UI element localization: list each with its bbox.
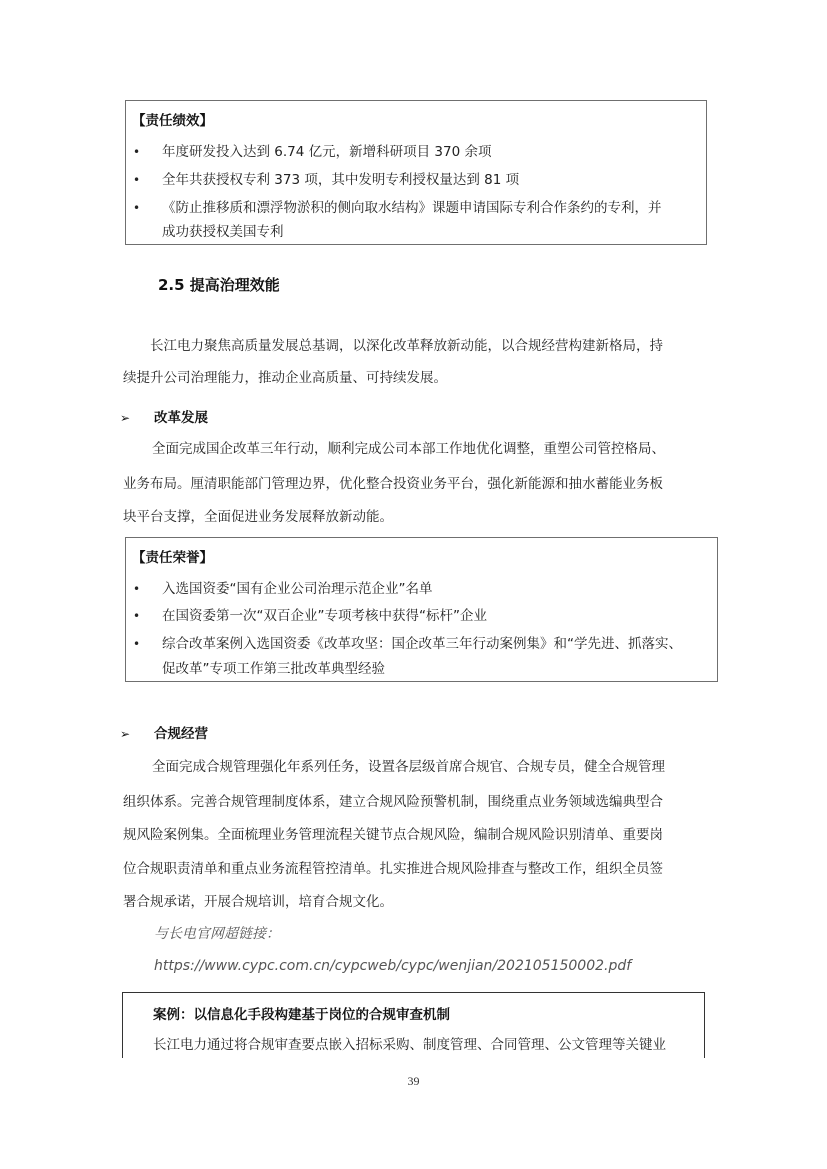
responsibility-honors-box: 【责任荣誉】 • 入选国资委“国有企业公司治理示范企业”名单 • 在国资委第一次…: [125, 537, 718, 682]
bullet-icon: •: [133, 574, 140, 604]
list-item-continuation: 促改革”专项工作第三批改革典型经验: [126, 656, 717, 682]
reform-subheading: ➢改革发展: [120, 406, 208, 426]
responsibility-performance-box: 【责任绩效】 • 年度研发投入达到 6.74 亿元，新增科研项目 370 余项 …: [125, 100, 707, 245]
compliance-paragraph-line: 位合规职责清单和重点业务流程管控清单。扎实推进合规风险排查与整改工作，组织全员签: [123, 857, 663, 877]
reform-paragraph-line: 块平台支撑，全面促进业务发展释放新动能。: [123, 505, 393, 525]
bullet-icon: •: [133, 137, 140, 167]
case-box: 案例：以信息化手段构建基于岗位的合规审查机制 长江电力通过将合规审查要点嵌入招标…: [122, 992, 705, 1058]
case-text: 长江电力通过将合规审查要点嵌入招标采购、制度管理、合同管理、公文管理等关键业: [153, 1033, 666, 1053]
list-item: • 综合改革案例入选国资委《改革攻坚：国企改革三年行动案例集》和“学先进、抓落实…: [126, 629, 717, 659]
compliance-subheading: ➢合规经营: [120, 722, 208, 742]
page-number: 39: [0, 1074, 827, 1089]
case-title: 案例：以信息化手段构建基于岗位的合规审查机制: [153, 1003, 450, 1023]
compliance-paragraph-line: 组织体系。完善合规管理制度体系，建立合规风险预警机制，围绕重点业务领域选编典型合: [123, 790, 663, 810]
website-link-url[interactable]: https://www.cypc.com.cn/cypcweb/cypc/wen…: [154, 958, 631, 974]
arrow-bullet-icon: ➢: [120, 727, 154, 741]
section-heading: 2.5 提高治理效能: [158, 274, 280, 295]
intro-paragraph-line: 续提升公司治理能力，推动企业高质量、可持续发展。: [123, 366, 447, 386]
list-item: • 在国资委第一次“双百企业”专项考核中获得“标杆”企业: [126, 601, 717, 631]
reform-paragraph-line: 业务布局。厘清职能部门管理边界，优化整合投资业务平台，强化新能源和抽水蓄能业务板: [123, 472, 663, 492]
list-item: • 年度研发投入达到 6.74 亿元，新增科研项目 370 余项: [126, 137, 706, 167]
list-item: • 入选国资委“国有企业公司治理示范企业”名单: [126, 574, 717, 604]
reform-paragraph-line: 全面完成国企改革三年行动，顺利完成公司本部工作地优化调整，重塑公司管控格局、: [152, 437, 665, 457]
box-title: 【责任荣誉】: [132, 546, 213, 566]
intro-paragraph-line: 长江电力聚焦高质量发展总基调，以深化改革释放新动能，以合规经营构建新格局，持: [150, 334, 663, 354]
bullet-icon: •: [133, 601, 140, 631]
bullet-icon: •: [133, 629, 140, 659]
arrow-bullet-icon: ➢: [120, 411, 154, 425]
compliance-paragraph-line: 规风险案例集。全面梳理业务管理流程关键节点合规风险，编制合规风险识别清单、重要岗: [123, 823, 663, 843]
website-link-label: 与长电官网超链接：: [154, 923, 280, 943]
list-item-continuation: 成功获授权美国专利: [126, 219, 706, 245]
compliance-paragraph-line: 全面完成合规管理强化年系列任务，设置各层级首席合规官、合规专员，健全合规管理: [152, 755, 665, 775]
list-item: • 全年共获授权专利 373 项，其中发明专利授权量达到 81 项: [126, 165, 706, 195]
compliance-paragraph-line: 署合规承诺，开展合规培训，培育合规文化。: [123, 890, 393, 910]
document-page: 【责任绩效】 • 年度研发投入达到 6.74 亿元，新增科研项目 370 余项 …: [0, 0, 827, 1169]
box-title: 【责任绩效】: [132, 109, 213, 129]
bullet-icon: •: [133, 165, 140, 195]
